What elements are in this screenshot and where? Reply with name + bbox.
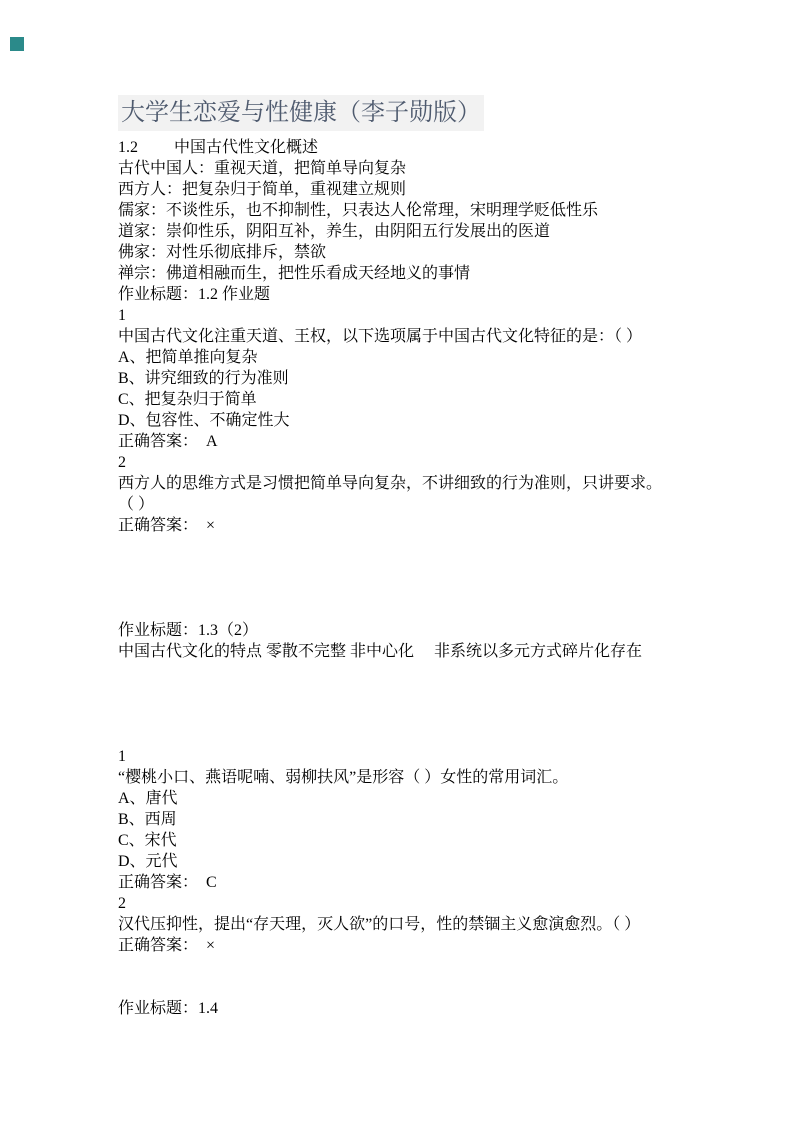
- text-line: 中国古代文化注重天道、王权，以下选项属于中国古代文化特征的是：（ ）: [118, 326, 698, 347]
- text-line: 正确答案： C: [118, 872, 698, 893]
- text-line: 儒家：不谈性乐，也不抑制性，只表达人伦常理，宋明理学贬低性乐: [118, 200, 698, 221]
- blank-line: [118, 977, 698, 998]
- blank-line: [118, 725, 698, 746]
- text-line: C、宋代: [118, 830, 698, 851]
- text-line: 佛家：对性乐彻底排斥，禁欲: [118, 242, 698, 263]
- text-line: 1: [118, 746, 698, 767]
- blank-line: [118, 599, 698, 620]
- text-line: 作业标题：1.3（2）: [118, 620, 698, 641]
- text-line: A、把简单推向复杂: [118, 347, 698, 368]
- text-line: 汉代压抑性，提出“存天理，灭人欲”的口号，性的禁锢主义愈演愈烈。（ ）: [118, 914, 698, 935]
- text-line: D、包容性、不确定性大: [118, 410, 698, 431]
- text-line: A、唐代: [118, 788, 698, 809]
- text-line: 正确答案： ×: [118, 515, 698, 536]
- blank-line: [118, 683, 698, 704]
- text-line: 禅宗：佛道相融而生，把性乐看成天经地义的事情: [118, 263, 698, 284]
- blank-line: [118, 956, 698, 977]
- text-line: （ ）: [118, 494, 698, 515]
- text-line: D、元代: [118, 851, 698, 872]
- blank-line: [118, 578, 698, 599]
- text-line: 正确答案： ×: [118, 935, 698, 956]
- text-line: “樱桃小口、燕语呢喃、弱柳扶风”是形容（ ）女性的常用词汇。: [118, 767, 698, 788]
- text-line: 作业标题：1.4: [118, 998, 698, 1019]
- text-line: 道家：崇仰性乐，阴阳互补，养生，由阴阳五行发展出的医道: [118, 221, 698, 242]
- text-line: 2: [118, 893, 698, 914]
- blank-line: [118, 536, 698, 557]
- text-line: 1.2 中国古代性文化概述: [118, 137, 698, 158]
- document-title: 大学生恋爱与性健康（李子勋版）: [118, 95, 484, 131]
- text-line: 正确答案： A: [118, 431, 698, 452]
- image-placeholder-icon: [10, 37, 24, 51]
- blank-line: [118, 662, 698, 683]
- text-line: B、西周: [118, 809, 698, 830]
- blank-line: [118, 557, 698, 578]
- text-line: 2: [118, 452, 698, 473]
- document-lines: 1.2 中国古代性文化概述古代中国人：重视天道，把简单导向复杂西方人：把复杂归于…: [118, 137, 698, 1019]
- text-line: 西方人的思维方式是习惯把简单导向复杂，不讲细致的行为准则，只讲要求。: [118, 473, 698, 494]
- text-line: 西方人：把复杂归于简单，重视建立规则: [118, 179, 698, 200]
- text-line: 中国古代文化的特点 零散不完整 非中心化 非系统以多元方式碎片化存在: [118, 641, 698, 662]
- document-content: 大学生恋爱与性健康（李子勋版） 1.2 中国古代性文化概述古代中国人：重视天道，…: [118, 95, 698, 1019]
- text-line: 1: [118, 305, 698, 326]
- text-line: 古代中国人：重视天道，把简单导向复杂: [118, 158, 698, 179]
- text-line: C、把复杂归于简单: [118, 389, 698, 410]
- text-line: 作业标题：1.2 作业题: [118, 284, 698, 305]
- blank-line: [118, 704, 698, 725]
- text-line: B、讲究细致的行为准则: [118, 368, 698, 389]
